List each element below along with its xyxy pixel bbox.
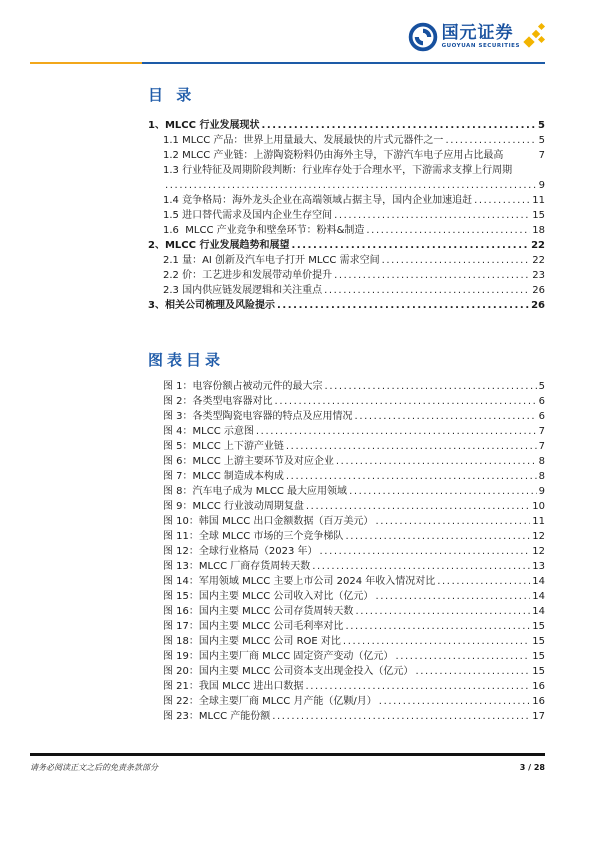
figure-entry[interactable]: 图 17：国内主要 MLCC 公司毛利率对比..................… (148, 619, 545, 634)
entry-page: 22 (532, 253, 545, 268)
figure-entry[interactable]: 图 19：国内主要厂商 MLCC 固定资产变动（亿元）.............… (148, 649, 545, 664)
toc-entry[interactable]: 3、相关公司梳理及风险提示...........................… (148, 298, 545, 313)
leader-dots: ........................................… (277, 298, 529, 313)
entry-page: 15 (532, 208, 545, 223)
leader-dots: ........................................… (272, 709, 530, 724)
leader-dots: ........................................… (320, 544, 531, 559)
entry-page: 5 (538, 118, 545, 133)
entry-label: 图 19：国内主要厂商 MLCC 固定资产变动（亿元） (163, 649, 393, 664)
leader-dots: ........................................… (286, 469, 537, 484)
entry-page: 9 (539, 178, 545, 193)
leader-dots: ........................................… (291, 238, 529, 253)
figure-toc-title: 图表目录 (148, 351, 545, 369)
entry-page: 6 (539, 394, 545, 409)
entry-label: 图 2：各类型电容器对比 (163, 394, 273, 409)
toc-entry[interactable]: 1.3 行业特征及周期阶段判断：行业库存处于合理水平，下游需求支撑上行周期...… (148, 163, 545, 193)
toc-list: 1、MLCC 行业发展现状...........................… (148, 118, 545, 313)
entry-page: 5 (539, 133, 545, 148)
entry-page: 16 (532, 694, 545, 709)
entry-label: 2.3 国内供应链发展逻辑和关注重点 (163, 283, 322, 298)
entry-label: 2.2 价：工艺进步和发展带动单价提升 (163, 268, 332, 283)
leader-dots: ........................................… (375, 589, 530, 604)
leader-dots: ........................................… (474, 193, 530, 208)
entry-label: 2、MLCC 行业发展趋势和展望 (148, 238, 289, 253)
entry-page: 14 (532, 574, 545, 589)
toc-entry[interactable]: 1.2 MLCC 产业链：上游陶瓷粉料仍由海外主导，下游汽车电子应用占比最高7 (148, 148, 545, 163)
leader-dots: ........................................… (343, 634, 530, 649)
entry-page: 16 (532, 679, 545, 694)
entry-label: 1.3 行业特征及周期阶段判断：行业库存处于合理水平，下游需求支撑上行周期 (163, 163, 545, 178)
toc-entry[interactable]: 1.5 进口替代需求及国内企业生存空间.....................… (148, 208, 545, 223)
figure-entry[interactable]: 图 14：军用领域 MLCC 主要上市公司 2024 年收入情况对比......… (148, 574, 545, 589)
entry-page: 12 (532, 529, 545, 544)
entry-label: 图 13：MLCC 厂商存货周转天数 (163, 559, 310, 574)
leader-dots: ........................................… (325, 379, 537, 394)
entry-label: 图 1：电容份额占被动元件的最大宗 (163, 379, 323, 394)
entry-label: 图 23：MLCC 产能份额 (163, 709, 270, 724)
entry-label: 图 14：军用领域 MLCC 主要上市公司 2024 年收入情况对比 (163, 574, 435, 589)
leader-dots: ........................................… (345, 529, 530, 544)
entry-page: 8 (539, 469, 545, 484)
entry-page: 10 (532, 499, 545, 514)
brand-pixel-squares-icon (523, 22, 547, 52)
entry-label: 图 9：MLCC 行业波动周期复盘 (163, 499, 304, 514)
figure-entry[interactable]: 图 12：全球行业格局（2023 年）.....................… (148, 544, 545, 559)
entry-page: 6 (539, 409, 545, 424)
entry-page: 5 (539, 379, 545, 394)
entry-label: 图 10：韩国 MLCC 出口金额数据（百万美元） (163, 514, 373, 529)
entry-page: 8 (539, 454, 545, 469)
figure-entry[interactable]: 图 11：全球 MLCC 市场的三个竞争梯队..................… (148, 529, 545, 544)
entry-page: 7 (539, 148, 545, 163)
entry-page: 12 (532, 544, 545, 559)
leader-dots: ........................................… (445, 133, 536, 148)
toc-entry[interactable]: 2.1 量：AI 创新及汽车电子打开 MLCC 需求空间............… (148, 253, 545, 268)
entry-page: 23 (532, 268, 545, 283)
entry-label: 图 21：我国 MLCC 进出口数据 (163, 679, 303, 694)
leader-dots: ........................................… (334, 268, 530, 283)
entry-label: 3、相关公司梳理及风险提示 (148, 298, 275, 313)
leader-dots: ........................................… (275, 394, 537, 409)
figure-entry[interactable]: 图 1：电容份额占被动元件的最大宗.......................… (148, 379, 545, 394)
figure-entry[interactable]: 图 23：MLCC 产能份额..........................… (148, 709, 545, 724)
entry-page: 14 (532, 589, 545, 604)
entry-page: 15 (532, 664, 545, 679)
figure-entry[interactable]: 图 9：MLCC 行业波动周期复盘.......................… (148, 499, 545, 514)
toc-title: 目 录 (148, 86, 545, 104)
entry-label: 2.1 量：AI 创新及汽车电子打开 MLCC 需求空间 (163, 253, 380, 268)
figure-entry[interactable]: 图 8：汽车电子成为 MLCC 最大应用领域..................… (148, 484, 545, 499)
entry-label: 1.5 进口替代需求及国内企业生存空间 (163, 208, 332, 223)
toc-entry[interactable]: 1.1 MLCC 产品：世界上用量最大、发展最快的片式元器件之一........… (148, 133, 545, 148)
figure-entry[interactable]: 图 3：各类型陶瓷电容器的特点及应用情况....................… (148, 409, 545, 424)
entry-label: 1.6 MLCC 产业竞争和壁垒环节：粉料&制造 (163, 223, 364, 238)
leader-dots: ........................................… (375, 514, 530, 529)
entry-label: 1.4 竞争格局：海外龙头企业在高端领域占据主导，国内企业加速追赶 (163, 193, 472, 208)
brand-name-cn: 国元证券 (442, 25, 520, 42)
figure-entry[interactable]: 图 15：国内主要 MLCC 公司收入对比（亿元）...............… (148, 589, 545, 604)
entry-label: 图 17：国内主要 MLCC 公司毛利率对比 (163, 619, 343, 634)
leader-dots: ........................................… (256, 424, 537, 439)
entry-label: 图 8：汽车电子成为 MLCC 最大应用领域 (163, 484, 347, 499)
leader-dots: ........................................… (355, 604, 530, 619)
page-content: 目 录 1、MLCC 行业发展现状.......................… (148, 86, 545, 724)
entry-page: 15 (532, 619, 545, 634)
figure-entry[interactable]: 图 6：MLCC 上游主要环节及对应企业....................… (148, 454, 545, 469)
figure-entry[interactable]: 图 18：国内主要 MLCC 公司 ROE 对比................… (148, 634, 545, 649)
entry-page: 7 (539, 424, 545, 439)
entry-label: 图 7：MLCC 制造成本构成 (163, 469, 284, 484)
entry-label: 1.1 MLCC 产品：世界上用量最大、发展最快的片式元器件之一 (163, 133, 443, 148)
brand-name-en: GUOYUAN SECURITIES (442, 44, 520, 50)
header-rule-blue (142, 62, 545, 64)
figure-entry[interactable]: 图 5：MLCC 上下游产业链.........................… (148, 439, 545, 454)
entry-label: 图 11：全球 MLCC 市场的三个竞争梯队 (163, 529, 343, 544)
leader-dots: ........................................… (165, 178, 537, 193)
leader-dots: ........................................… (415, 664, 530, 679)
leader-dots: ........................................… (312, 559, 530, 574)
entry-page: 11 (532, 514, 545, 529)
entry-page: 15 (532, 649, 545, 664)
report-page: { "header": { "logo": { "brand_cn": "国元证… (0, 0, 595, 841)
leader-dots: ........................................… (336, 454, 537, 469)
page-footer: 请务必阅读正文之后的免责条款部分 3 / 28 (30, 762, 545, 773)
entry-page: 17 (532, 709, 545, 724)
entry-label: 图 6：MLCC 上游主要环节及对应企业 (163, 454, 334, 469)
leader-dots: ........................................… (395, 649, 530, 664)
leader-dots: ........................................… (305, 679, 530, 694)
toc-entry[interactable]: 1.6 MLCC 产业竞争和壁垒环节：粉料&制造................… (148, 223, 545, 238)
leader-dots: ........................................… (382, 253, 531, 268)
figure-entry[interactable]: 图 22：全球主要厂商 MLCC 月产能（亿颗/月）..............… (148, 694, 545, 709)
entry-page: 14 (532, 604, 545, 619)
entry-label: 图 3：各类型陶瓷电容器的特点及应用情况 (163, 409, 353, 424)
leader-dots: ........................................… (324, 283, 530, 298)
entry-page: 15 (532, 634, 545, 649)
footer-page-indicator: 3 / 28 (520, 763, 545, 772)
leader-dots: ........................................… (261, 118, 536, 133)
entry-label: 图 22：全球主要厂商 MLCC 月产能（亿颗/月） (163, 694, 377, 709)
leader-dots: ........................................… (349, 484, 537, 499)
entry-label: 1、MLCC 行业发展现状 (148, 118, 259, 133)
entry-page: 22 (531, 238, 545, 253)
entry-page: 26 (531, 298, 545, 313)
figure-entry[interactable]: 图 10：韩国 MLCC 出口金额数据（百万美元）...............… (148, 514, 545, 529)
entry-page: 13 (532, 559, 545, 574)
entry-label: 图 12：全球行业格局（2023 年） (163, 544, 318, 559)
figure-entry[interactable]: 图 7：MLCC 制造成本构成.........................… (148, 469, 545, 484)
leader-dots: ........................................… (334, 208, 530, 223)
leader-dots: ........................................… (306, 499, 530, 514)
entry-label: 图 20：国内主要 MLCC 公司资本支出现金投入（亿元） (163, 664, 413, 679)
leader-dots: ........................................… (345, 619, 530, 634)
entry-page: 26 (532, 283, 545, 298)
figure-entry[interactable]: 图 13：MLCC 厂商存货周转天数......................… (148, 559, 545, 574)
entry-page: 18 (532, 223, 545, 238)
entry-label: 图 4：MLCC 示意图 (163, 424, 254, 439)
entry-page: 11 (532, 193, 545, 208)
entry-page: 7 (539, 439, 545, 454)
entry-label: 图 16：国内主要 MLCC 公司存货周转天数 (163, 604, 353, 619)
figure-entry[interactable]: 图 21：我国 MLCC 进出口数据......................… (148, 679, 545, 694)
toc-entry[interactable]: 2.3 国内供应链发展逻辑和关注重点......................… (148, 283, 545, 298)
brand-logo: 国元证券 GUOYUAN SECURITIES (408, 22, 547, 52)
figure-entry[interactable]: 图 20：国内主要 MLCC 公司资本支出现金投入（亿元）...........… (148, 664, 545, 679)
entry-label: 图 15：国内主要 MLCC 公司收入对比（亿元） (163, 589, 373, 604)
figure-entry[interactable]: 图 2：各类型电容器对比............................… (148, 394, 545, 409)
figure-entry[interactable]: 图 4：MLCC 示意图............................… (148, 424, 545, 439)
entry-label: 图 5：MLCC 上下游产业链 (163, 439, 284, 454)
toc-entry[interactable]: 2、MLCC 行业发展趋势和展望........................… (148, 238, 545, 253)
entry-page: 9 (539, 484, 545, 499)
leader-dots: ........................................… (286, 439, 537, 454)
toc-entry[interactable]: 2.2 价：工艺进步和发展带动单价提升.....................… (148, 268, 545, 283)
leader-dots: ........................................… (379, 694, 530, 709)
leader-dots: ........................................… (366, 223, 530, 238)
leader-dots: ........................................… (437, 574, 530, 589)
leader-dots: ........................................… (355, 409, 537, 424)
toc-entry[interactable]: 1、MLCC 行业发展现状...........................… (148, 118, 545, 133)
figure-entry[interactable]: 图 16：国内主要 MLCC 公司存货周转天数.................… (148, 604, 545, 619)
footer-disclaimer: 请务必阅读正文之后的免责条款部分 (30, 762, 158, 773)
header-rule-yellow (30, 62, 142, 64)
figure-list: 图 1：电容份额占被动元件的最大宗.......................… (148, 379, 545, 724)
entry-label: 1.2 MLCC 产业链：上游陶瓷粉料仍由海外主导，下游汽车电子应用占比最高 (163, 148, 503, 163)
entry-label: 图 18：国内主要 MLCC 公司 ROE 对比 (163, 634, 341, 649)
guoyuan-circle-icon (408, 22, 438, 52)
footer-rule (30, 753, 545, 756)
toc-entry[interactable]: 1.4 竞争格局：海外龙头企业在高端领域占据主导，国内企业加速追赶.......… (148, 193, 545, 208)
